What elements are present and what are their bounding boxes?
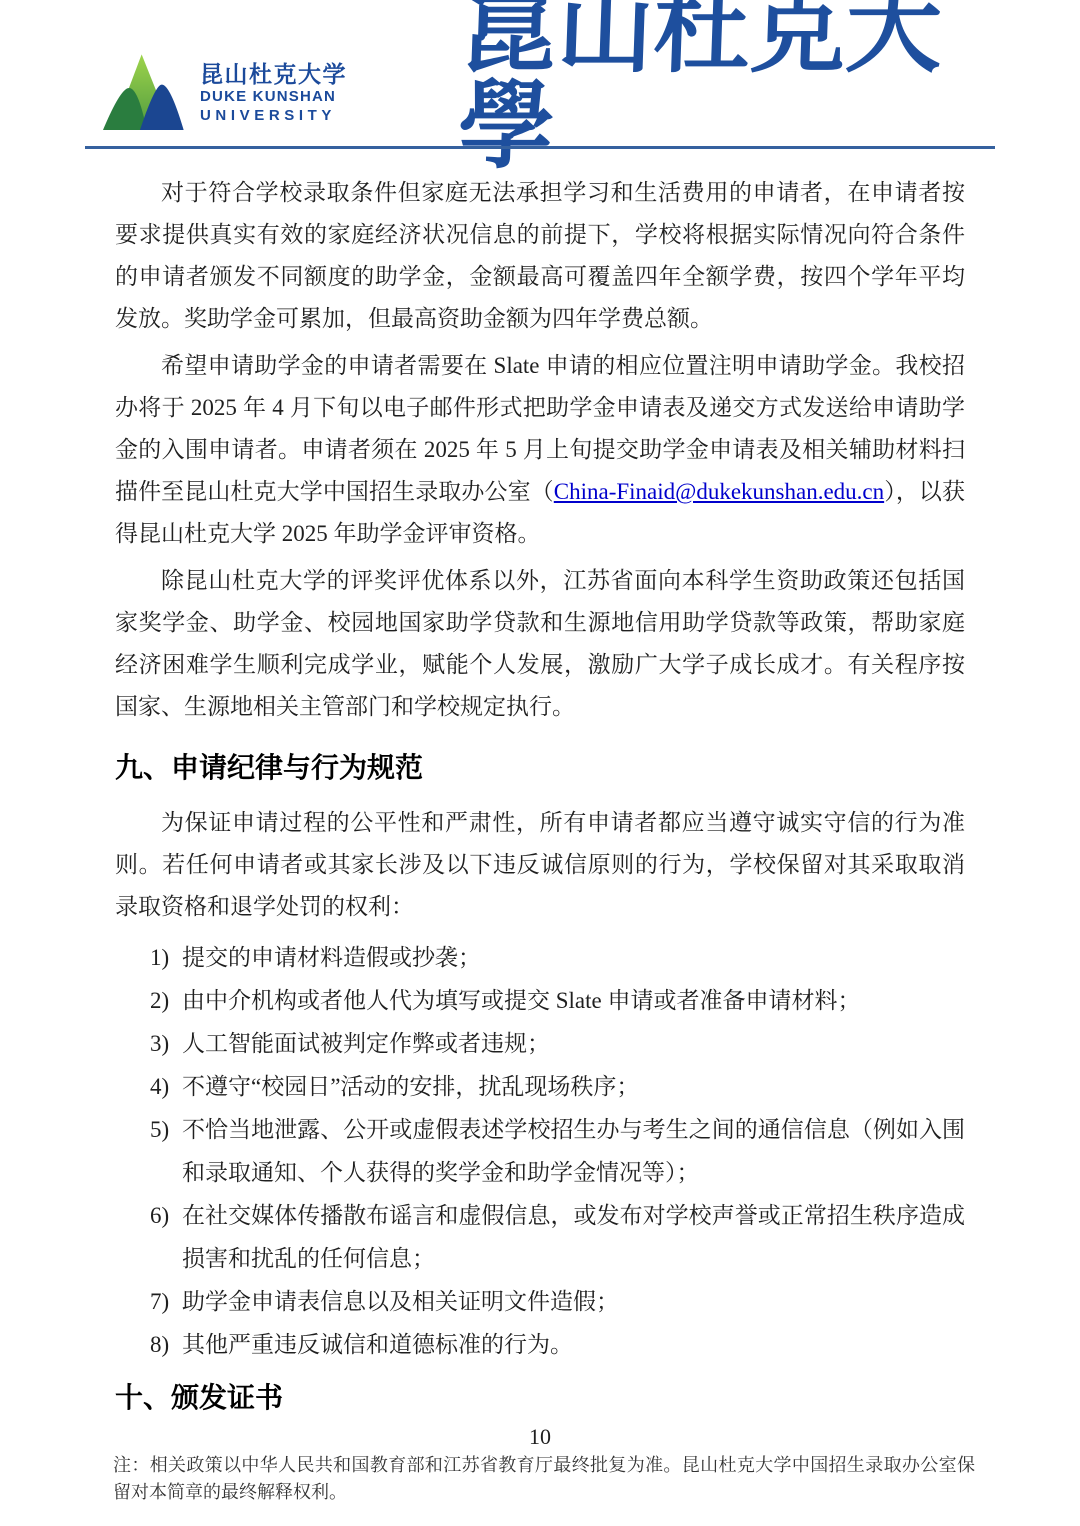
list-item-text: 其他严重违反诚信和道德标准的行为。 (182, 1323, 965, 1366)
list-item: 5) 不恰当地泄露、公开或虚假表述学校招生办与考生之间的通信信息（例如入围和录取… (115, 1108, 965, 1194)
list-item-number: 4) (150, 1065, 182, 1108)
list-item-number: 5) (150, 1108, 182, 1194)
section-10-heading: 十、颁发证书 (115, 1380, 965, 1416)
list-item: 7) 助学金申请表信息以及相关证明文件造假； (115, 1280, 965, 1323)
logo-en-name-line2: UNIVERSITY (200, 106, 347, 125)
list-item: 3) 人工智能面试被判定作弊或者违规； (115, 1022, 965, 1065)
list-item: 8) 其他严重违反诚信和道德标准的行为。 (115, 1323, 965, 1366)
list-item-number: 6) (150, 1194, 182, 1280)
page-header: 昆山杜克大学 DUKE KUNSHAN UNIVERSITY 崑山杜克大學 (0, 0, 1080, 160)
header-divider (85, 146, 995, 149)
dku-logo: 昆山杜克大学 DUKE KUNSHAN UNIVERSITY (103, 52, 347, 134)
document-page: 昆山杜克大学 DUKE KUNSHAN UNIVERSITY 崑山杜克大學 对于… (0, 0, 1080, 1526)
paragraph-financial-aid-amount: 对于符合学校录取条件但家庭无法承担学习和生活费用的申请者，在申请者按要求提供真实… (115, 172, 965, 340)
list-item-text: 不恰当地泄露、公开或虚假表述学校招生办与考生之间的通信信息（例如入围和录取通知、… (182, 1108, 965, 1194)
violation-list: 1) 提交的申请材料造假或抄袭； 2) 由中介机构或者他人代为填写或提交 Sla… (115, 936, 965, 1366)
paragraph-financial-aid-application: 希望申请助学金的申请者需要在 Slate 申请的相应位置注明申请助学金。我校招办… (115, 345, 965, 555)
list-item-text: 提交的申请材料造假或抄袭； (182, 936, 965, 979)
paragraph-jiangsu-aid-policy: 除昆山杜克大学的评奖评优体系以外，江苏省面向本科学生资助政策还包括国家奖学金、助… (115, 560, 965, 728)
section-9-heading: 九、申请纪律与行为规范 (115, 750, 965, 786)
logo-cn-name: 昆山杜克大学 (200, 61, 347, 87)
list-item-text: 不遵守“校园日”活动的安排，扰乱现场秩序； (182, 1065, 965, 1108)
paragraph-section9-intro: 为保证申请过程的公平性和严肃性，所有申请者都应当遵守诚实守信的行为准则。若任何申… (115, 802, 965, 928)
list-item-number: 2) (150, 979, 182, 1022)
mountain-logo-icon (103, 52, 187, 134)
financial-aid-email-link[interactable]: China-Finaid@dukekunshan.edu.cn (554, 479, 884, 504)
list-item-text: 由中介机构或者他人代为填写或提交 Slate 申请或者准备申请材料； (182, 979, 965, 1022)
document-body: 对于符合学校录取条件但家庭无法承担学习和生活费用的申请者，在申请者按要求提供真实… (115, 172, 965, 1416)
list-item-text: 在社交媒体传播散布谣言和虚假信息，或发布对学校声誉或正常招生秩序造成损害和扰乱的… (182, 1194, 965, 1280)
logo-wordmark: 昆山杜克大学 DUKE KUNSHAN UNIVERSITY (200, 61, 347, 125)
logo-en-name-line1: DUKE KUNSHAN (200, 87, 347, 106)
list-item-number: 1) (150, 936, 182, 979)
list-item-number: 8) (150, 1323, 182, 1366)
list-item-text: 人工智能面试被判定作弊或者违规； (182, 1022, 965, 1065)
list-item-text: 助学金申请表信息以及相关证明文件造假； (182, 1280, 965, 1323)
calligraphy-title: 崑山杜克大學 (458, 18, 982, 140)
list-item-number: 3) (150, 1022, 182, 1065)
page-number: 10 (0, 1424, 1080, 1450)
list-item: 2) 由中介机构或者他人代为填写或提交 Slate 申请或者准备申请材料； (115, 979, 965, 1022)
list-item: 6) 在社交媒体传播散布谣言和虚假信息，或发布对学校声誉或正常招生秩序造成损害和… (115, 1194, 965, 1280)
list-item-number: 7) (150, 1280, 182, 1323)
footnote: 注：相关政策以中华人民共和国教育部和江苏省教育厅最终批复为准。昆山杜克大学中国招… (113, 1452, 975, 1506)
list-item: 1) 提交的申请材料造假或抄袭； (115, 936, 965, 979)
list-item: 4) 不遵守“校园日”活动的安排，扰乱现场秩序； (115, 1065, 965, 1108)
